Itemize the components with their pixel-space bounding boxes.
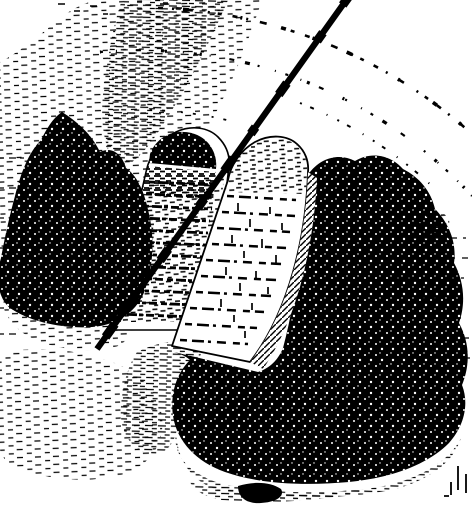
engraving-stage <box>0 0 472 507</box>
engraving-canvas <box>0 0 472 507</box>
engraving-figure <box>0 0 472 507</box>
